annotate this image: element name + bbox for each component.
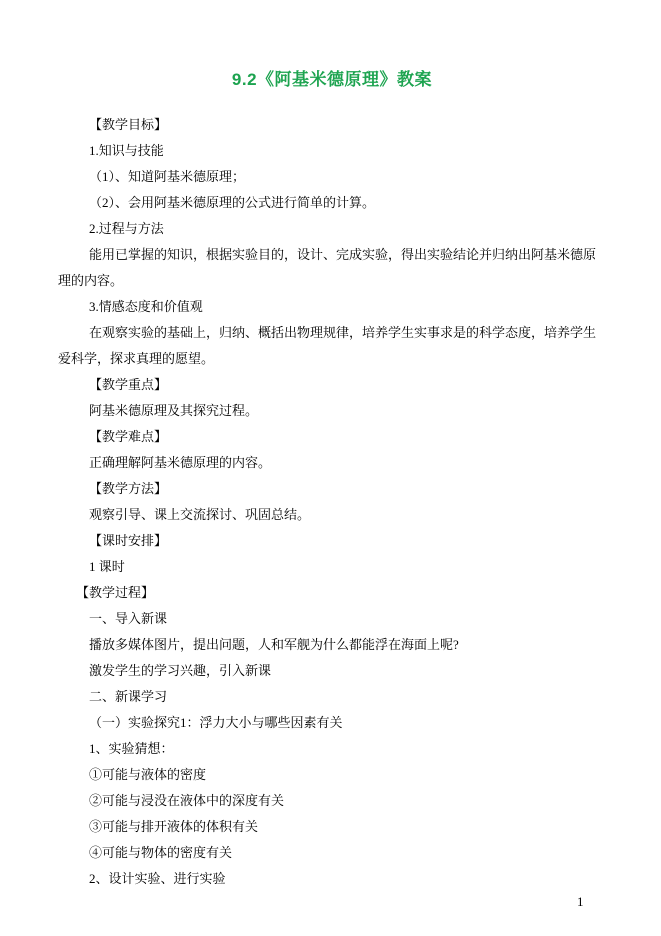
list-item-guess-3: ③可能与排开液体的体积有关 xyxy=(58,814,606,840)
section-heading-teaching-process: 【教学过程】 xyxy=(58,580,606,606)
document-content: 9.2《阿基米德原理》教案 【教学目标】 1.知识与技能 （1）、知道阿基米德原… xyxy=(58,66,606,892)
body-line: 一、导入新课 xyxy=(58,606,606,632)
body-line: （2）、会用阿基米德原理的公式进行简单的计算。 xyxy=(58,190,606,216)
list-item-guess-2: ②可能与浸没在液体中的深度有关 xyxy=(58,788,606,814)
section-heading-class-schedule: 【课时安排】 xyxy=(58,528,606,554)
section-heading-teaching-difficulties: 【教学难点】 xyxy=(58,424,606,450)
body-line: 1.知识与技能 xyxy=(58,138,606,164)
body-line: 1、实验猜想： xyxy=(58,736,606,762)
body-line: 阿基米德原理及其探究过程。 xyxy=(58,398,606,424)
document-title: 9.2《阿基米德原理》教案 xyxy=(58,66,606,94)
body-line: 在观察实验的基础上，归纳、概括出物理规律，培养学生实事求是的科学态度，培养学生爱… xyxy=(58,320,606,372)
body-line: （1）、知道阿基米德原理； xyxy=(58,164,606,190)
document-page: 9.2《阿基米德原理》教案 【教学目标】 1.知识与技能 （1）、知道阿基米德原… xyxy=(0,0,661,936)
body-line: 二、新课学习 xyxy=(58,684,606,710)
list-item-guess-4: ④可能与物体的密度有关 xyxy=(58,840,606,866)
page-number: 1 xyxy=(577,893,584,911)
section-heading-teaching-methods: 【教学方法】 xyxy=(58,476,606,502)
body-line: 观察引导、课上交流探讨、巩固总结。 xyxy=(58,502,606,528)
section-heading-teaching-goals: 【教学目标】 xyxy=(58,112,606,138)
body-line: （一）实验探究1：浮力大小与哪些因素有关 xyxy=(58,710,606,736)
section-heading-teaching-key-points: 【教学重点】 xyxy=(58,372,606,398)
list-item-guess-1: ①可能与液体的密度 xyxy=(58,762,606,788)
body-line: 2、设计实验、进行实验 xyxy=(58,866,606,892)
body-line: 1 课时 xyxy=(58,554,606,580)
body-line: 正确理解阿基米德原理的内容。 xyxy=(58,450,606,476)
body-line: 2.过程与方法 xyxy=(58,216,606,242)
body-line: 激发学生的学习兴趣，引入新课 xyxy=(58,658,606,684)
body-line: 3.情感态度和价值观 xyxy=(58,294,606,320)
body-line: 能用已掌握的知识，根据实验目的，设计、完成实验，得出实验结论并归纳出阿基米德原理… xyxy=(58,242,606,294)
body-line: 播放多媒体图片，提出问题，人和军舰为什么都能浮在海面上呢? xyxy=(58,632,606,658)
